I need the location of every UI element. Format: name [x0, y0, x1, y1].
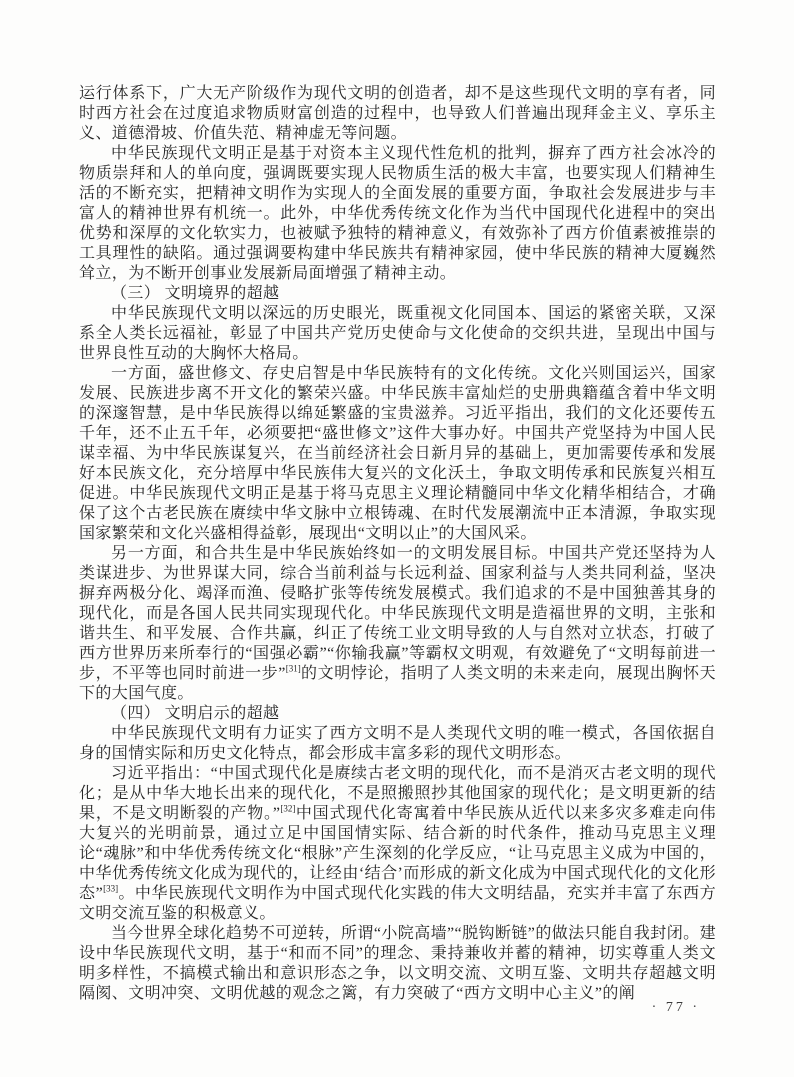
paragraph: 中华民族现代文明正是基于对资本主义现代性危机的批判，摒弃了西方社会冰冷的物质崇拜… [79, 144, 716, 284]
text-run: 运行体系下，广大无产阶级作为现代文明的创造者，却不是这些现代文明的享有者，同时西… [79, 85, 716, 142]
section-heading: （四） 文明启示的超越 [79, 704, 716, 724]
text-run: 中华民族现代文明正是基于对资本主义现代性危机的批判，摒弃了西方社会冰冷的物质崇拜… [79, 145, 716, 282]
citation-ref: [32] [280, 804, 295, 814]
text-run: 当今世界全球化趋势不可逆转，所谓“小院高墙”“脱钩断链”的做法只能自我封闭。建设… [79, 925, 716, 1002]
citation-ref: [33] [103, 884, 118, 894]
text-run: 中华民族现代文明以深远的历史眼光，既重视文化同国本、国运的紧密关联，又深系全人类… [79, 305, 716, 362]
paragraph: 运行体系下，广大无产阶级作为现代文明的创造者，却不是这些现代文明的享有者，同时西… [79, 84, 716, 144]
text-run: （三） 文明境界的超越 [111, 285, 279, 302]
section-heading: （三） 文明境界的超越 [79, 284, 716, 304]
paragraph: 中华民族现代文明以深远的历史眼光，既重视文化同国本、国运的紧密关联，又深系全人类… [79, 304, 716, 364]
page-number: · 77 · [652, 1000, 700, 1016]
paragraph: 一方面，盛世修文、存史启智是中华民族特有的文化传统。文化兴则国运兴，国家发展、民… [79, 364, 716, 544]
paragraph: 中华民族现代文明有力证实了西方文明不是人类现代文明的唯一模式，各国依据自身的国情… [79, 724, 716, 764]
document-page: 运行体系下，广大无产阶级作为现代文明的创造者，却不是这些现代文明的享有者，同时西… [0, 0, 794, 1077]
document-body: 运行体系下，广大无产阶级作为现代文明的创造者，却不是这些现代文明的享有者，同时西… [79, 84, 716, 1004]
paragraph: 当今世界全球化趋势不可逆转，所谓“小院高墙”“脱钩断链”的做法只能自我封闭。建设… [79, 924, 716, 1004]
text-run: 一方面，盛世修文、存史启智是中华民族特有的文化传统。文化兴则国运兴，国家发展、民… [79, 365, 716, 542]
paragraph: 另一方面，和合共生是中华民族始终如一的文明发展目标。中国共产党还坚持为人类谋进步… [79, 544, 716, 704]
text-run: （四） 文明启示的超越 [111, 705, 279, 722]
text-run: 另一方面，和合共生是中华民族始终如一的文明发展目标。中国共产党还坚持为人类谋进步… [79, 545, 716, 682]
citation-ref: [31] [286, 664, 301, 674]
text-run: 。中华民族现代文明作为中国式现代化实践的伟大文明结晶，充实并丰富了东西方文明交流… [79, 885, 716, 922]
paragraph: 习近平指出：“中国式现代化是赓续古老文明的现代化，而不是消灭古老文明的现代化；是… [79, 764, 716, 924]
text-run: 中华民族现代文明有力证实了西方文明不是人类现代文明的唯一模式，各国依据自身的国情… [79, 725, 716, 762]
